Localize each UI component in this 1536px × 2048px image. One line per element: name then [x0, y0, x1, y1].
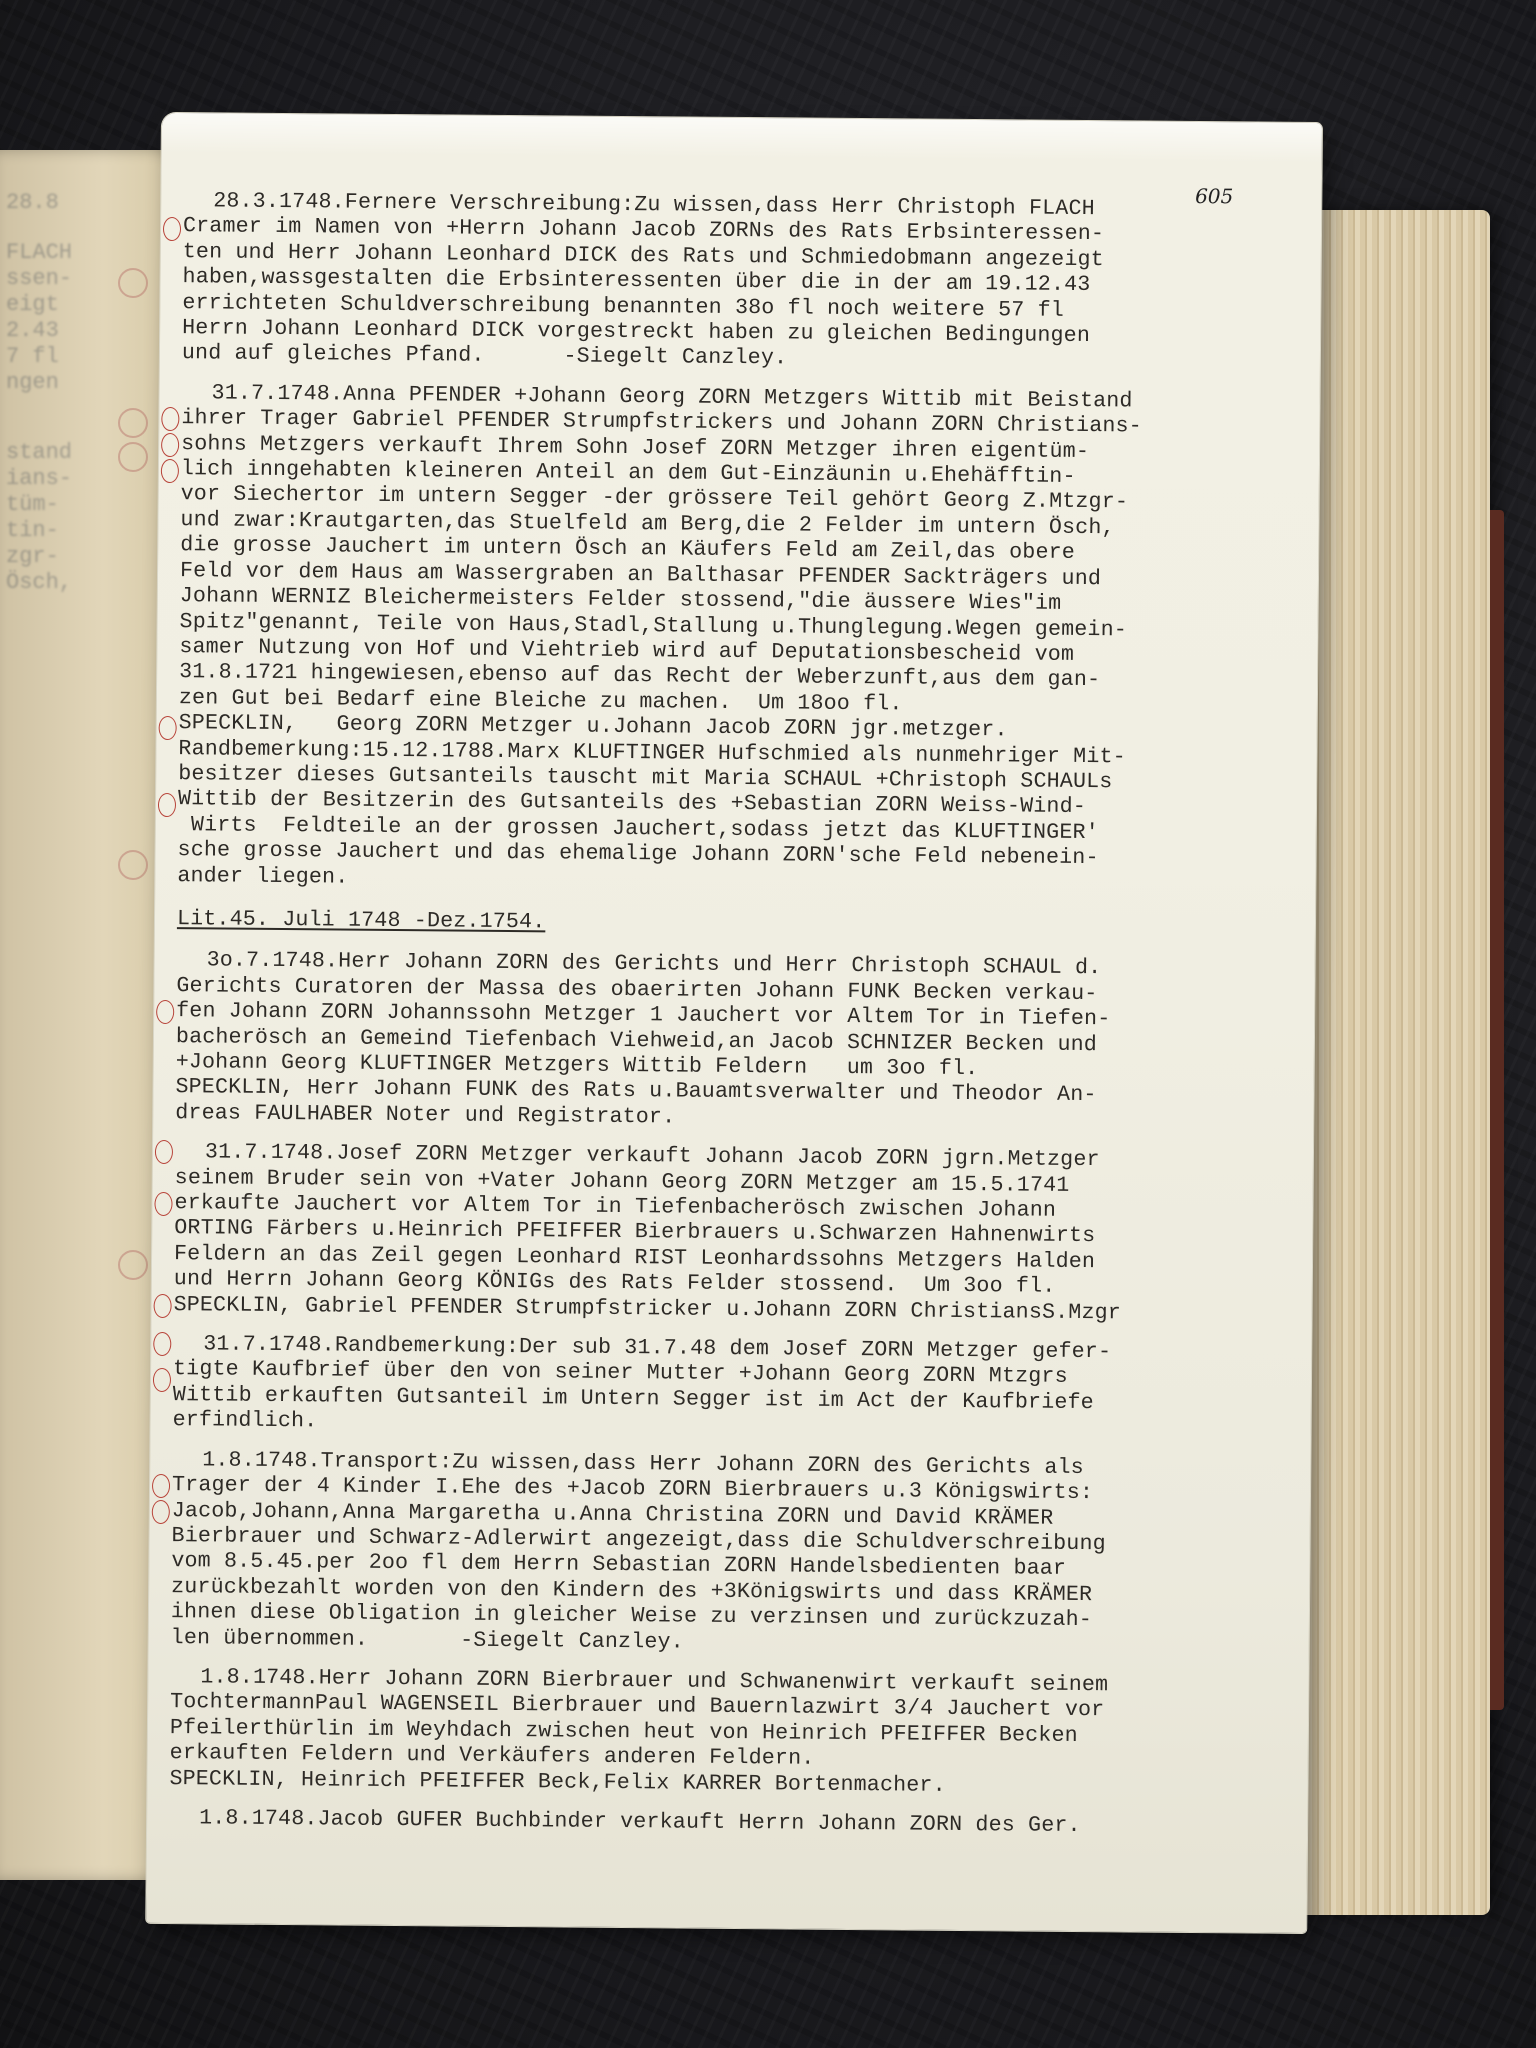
ghost-circle-mark — [118, 408, 148, 438]
section-heading: Lit.45. Juli 1748 -Dez.1754. — [177, 907, 1292, 942]
margin-circle-mark — [159, 716, 177, 740]
margin-circle-mark — [154, 1192, 172, 1216]
ghost-circle-mark — [118, 1250, 148, 1280]
entry-30-7-1748: 3o.7.1748.Herr Johann ZORN des Gerichts … — [175, 948, 1292, 1136]
ghost-text: ians- — [6, 466, 116, 492]
ghost-text: zgr- — [6, 544, 116, 570]
ghost-text: eigt — [6, 292, 116, 318]
section-heading-text: Lit.45. Juli 1748 -Dez.1754. — [177, 907, 546, 934]
entry-31-7-1748-josef: 31.7.1748.Josef ZORN Metzger verkauft Jo… — [174, 1140, 1291, 1328]
entry-1-8-1748-wagenseil: 1.8.1748.Herr Johann ZORN Bierbrauer und… — [169, 1665, 1285, 1802]
ghost-circle-mark — [118, 268, 148, 298]
margin-circle-mark — [153, 1368, 171, 1392]
ghost-text: 2.43 — [6, 318, 116, 344]
typewritten-page: 605 28.3.1748.Fernere Verschreibung:Zu w… — [146, 113, 1322, 1933]
ghost-text: stand — [6, 440, 116, 466]
margin-circle-mark — [153, 1332, 171, 1356]
entry-1-8-1748-transport: 1.8.1748.Transport:Zu wissen,dass Herr J… — [171, 1448, 1288, 1661]
ghost-text: ssen- — [6, 266, 116, 292]
margin-circle-mark — [154, 1294, 172, 1318]
ghost-text: tüm- — [6, 492, 116, 518]
entry-1-8-1748-gufer: 1.8.1748.Jacob GUFER Buchbinder verkauft… — [169, 1806, 1284, 1841]
margin-circle-mark — [161, 459, 179, 483]
ghost-text: tin- — [6, 518, 116, 544]
entry-31-7-1748-pfender: 31.7.1748.Anna PFENDER +Johann Georg ZOR… — [177, 381, 1296, 899]
ghost-text: Ösch, — [6, 570, 116, 596]
ghost-circle-mark — [118, 442, 148, 472]
margin-circle-mark — [161, 407, 179, 431]
entry-line: 1.8.1748.Jacob GUFER Buchbinder verkauft… — [169, 1806, 1284, 1841]
margin-circle-mark — [163, 217, 181, 241]
margin-circle-mark — [158, 793, 176, 817]
ghost-circle-mark — [118, 850, 148, 880]
margin-circle-mark — [152, 1500, 170, 1524]
margin-circle-mark — [155, 1140, 173, 1164]
margin-circle-mark — [152, 1474, 170, 1498]
book-page-stack — [1300, 210, 1490, 1915]
ghost-text: 28.8 — [6, 190, 116, 216]
entry-28-3-1748: 28.3.1748.Fernere Verschreibung:Zu wisse… — [182, 189, 1299, 377]
ghost-text: FLACH — [6, 240, 116, 266]
entry-31-7-1748-randbemerkung: 31.7.1748.Randbemerkung:Der sub 31.7.48 … — [172, 1332, 1288, 1443]
margin-circle-mark — [161, 433, 179, 457]
ghost-text: 7 fl — [6, 344, 116, 370]
page-content: 28.3.1748.Fernere Verschreibung:Zu wisse… — [169, 189, 1298, 1855]
margin-circle-mark — [156, 1000, 174, 1024]
ghost-text: ngen — [6, 370, 116, 396]
